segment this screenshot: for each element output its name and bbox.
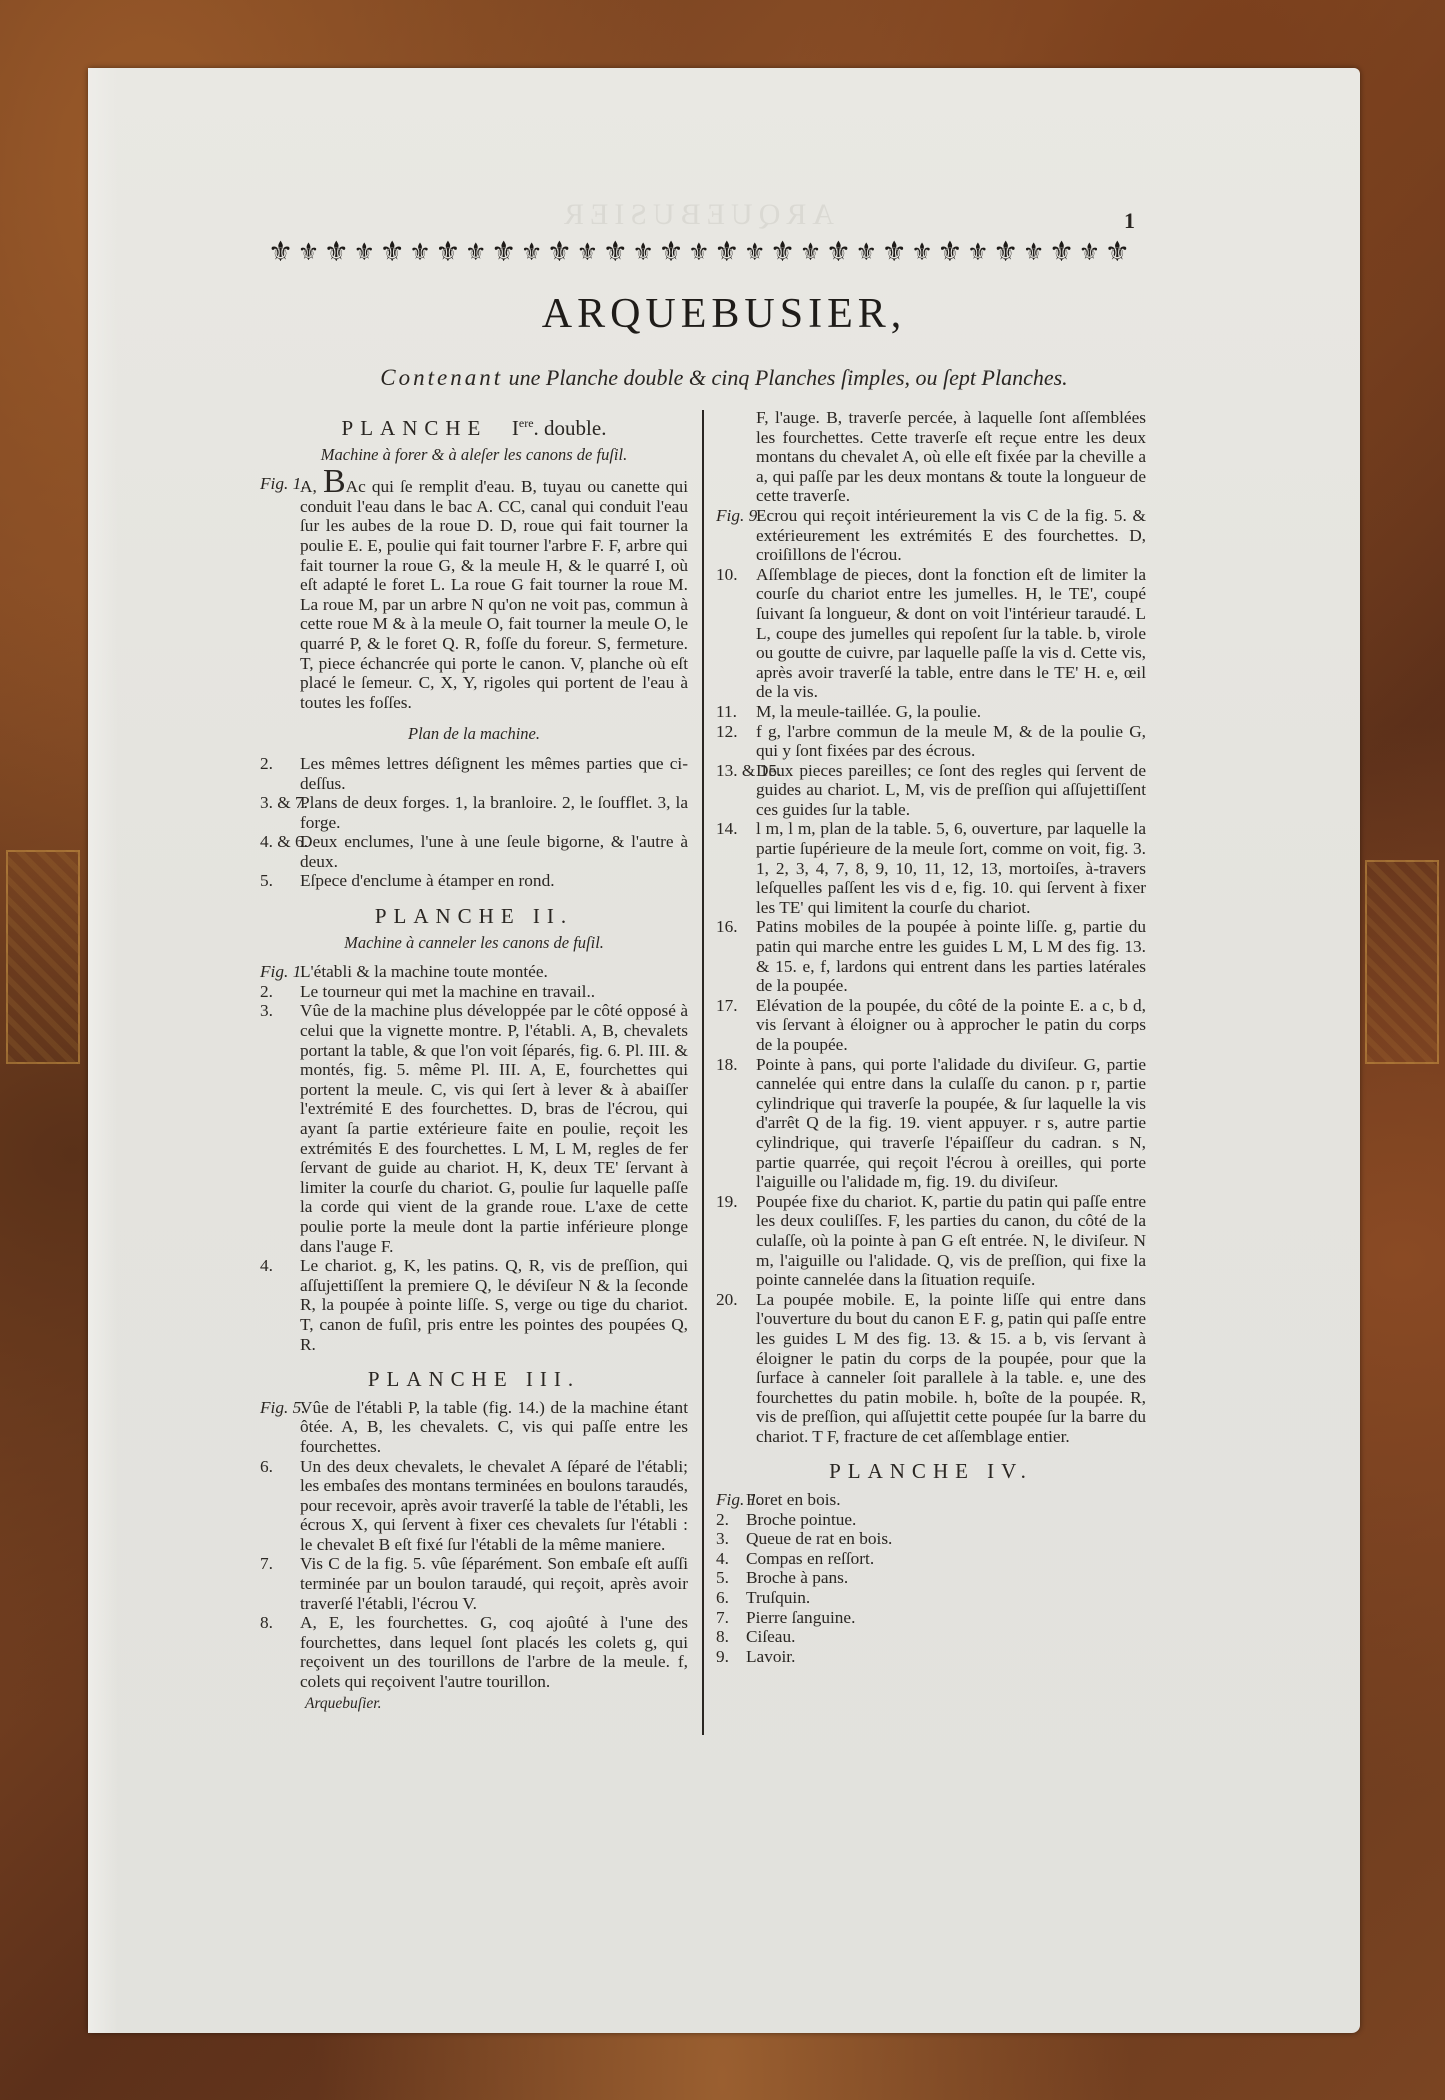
fig-text: Un des deux chevalets, le chevalet A ſép… (300, 1457, 688, 1554)
fleuron-icon: ⚜ (770, 235, 795, 269)
plan-caption: Plan de la machine. (260, 724, 688, 744)
fig-number: 4. (716, 1549, 729, 1569)
fleuron-icon: ⚜ (937, 235, 962, 269)
fig-entry: 4. & 6.Deux enclumes, l'une à une ſeule … (260, 832, 688, 871)
fig-number: Fig. 9. (716, 506, 762, 526)
fig-text: Lavoir. (746, 1647, 795, 1666)
fig-number: 11. (716, 702, 737, 722)
planche-2-heading: PLANCHE II. (260, 907, 688, 927)
fig-entry: 4.Le chariot. g, K, les patins. Q, R, vi… (260, 1256, 688, 1354)
fleuron-icon: ⚜ (658, 235, 683, 269)
fig-number: 8. (260, 1613, 273, 1633)
fig-number: 2. (260, 754, 273, 774)
fig-entry: 2.Les mêmes lettres déſignent les mêmes … (260, 754, 688, 793)
fig-number: Fig. 5. (260, 1398, 306, 1418)
fig-text: Patins mobiles de la poupée à pointe liſ… (756, 917, 1146, 995)
fig-entry: Fig. 1.Foret en bois. (716, 1490, 1146, 1510)
fig-entry: 7.Pierre ſanguine. (716, 1608, 1146, 1628)
planche-suffix: . double. (534, 416, 607, 440)
fig-entry: 11.M, la meule-taillée. G, la poulie. (716, 702, 1146, 722)
leather-tooling-right (1365, 860, 1439, 1064)
fig-text: Poupée fixe du chariot. K, partie du pat… (756, 1192, 1146, 1289)
column-divider (702, 410, 704, 1735)
fig-entry: 5.Eſpece d'enclume à étamper en rond. (260, 871, 688, 891)
fleuron-icon: ⚜ (380, 235, 405, 269)
planche-4-heading: PLANCHE IV. (716, 1462, 1146, 1482)
fleuron-icon: ⚜ (603, 235, 628, 269)
fig-entry: 3. & 7.Plans de deux forges. 1, la branl… (260, 793, 688, 832)
subtitle-lead: Contenant (380, 365, 503, 390)
fig-text: Broche à pans. (746, 1568, 848, 1587)
fleuron-icon: ⚜ (491, 235, 516, 269)
fig-entry: 13. & 15.Deux pieces pareilles; ce ſont … (716, 761, 1146, 820)
fig-text: Deux pieces pareilles; ce ſont des regle… (756, 761, 1146, 819)
page-number: 1 (1124, 208, 1135, 234)
fig-text: Vûe de l'établi P, la table (fig. 14.) d… (300, 1398, 688, 1456)
fig-text: Les mêmes lettres déſignent les mêmes pa… (300, 754, 688, 793)
fig-number: 19. (716, 1192, 738, 1212)
fig-text: Pierre ſanguine. (746, 1608, 855, 1627)
fig-number: 14. (716, 819, 738, 839)
fig-text: Queue de rat en bois. (746, 1529, 892, 1548)
fig-text: Ac qui ſe remplit d'eau. B, tuyau ou can… (300, 477, 688, 712)
fig-number: 5. (260, 871, 273, 891)
fig-entry: 9.Lavoir. (716, 1647, 1146, 1667)
fleuron-icon: ⚜ (714, 235, 739, 269)
drop-cap: B (323, 463, 346, 500)
fig-text: A, E, les fourchettes. G, coq ajoûté à l… (300, 1613, 688, 1691)
fleuron-icon: ⚜ (911, 238, 933, 267)
fig-number: 5. (716, 1568, 729, 1588)
fleuron-icon: ⚜ (547, 235, 572, 269)
fig-entry: 17.Elévation de la poupée, du côté de la… (716, 996, 1146, 1055)
fig-number: 18. (716, 1055, 738, 1075)
fig-text: Plans de deux forges. 1, la branloire. 2… (300, 793, 688, 832)
fleuron-icon: ⚜ (577, 238, 599, 267)
fig-number: 3. & 7. (260, 793, 308, 813)
fleuron-icon: ⚜ (465, 238, 487, 267)
planche-2-caption: Machine à canneler les canons de fuſil. (260, 933, 688, 953)
fig-text: Aſſemblage de pieces, dont la fonction e… (756, 565, 1146, 702)
fleuron-icon: ⚜ (688, 238, 710, 267)
fig-text: Pointe à pans, qui porte l'alidade du di… (756, 1055, 1146, 1192)
fleuron-icon: ⚜ (435, 235, 460, 269)
fig-number: 16. (716, 917, 738, 937)
fleuron-icon: ⚜ (1105, 235, 1130, 269)
fig-entry: 10.Aſſemblage de pieces, dont la fonctio… (716, 565, 1146, 702)
fig-entry: 20.La poupée mobile. E, la pointe liſſe … (716, 1290, 1146, 1447)
fleuron-icon: ⚜ (324, 235, 349, 269)
fig-number: 7. (260, 1554, 273, 1574)
fig-number: 9. (716, 1647, 729, 1667)
subtitle-text: une Planche double & cinq Planches ſimpl… (503, 365, 1068, 390)
fig-text: Vis C de la fig. 5. vûe ſéparément. Son … (300, 1554, 688, 1612)
fig-number: Fig. 1. (260, 962, 306, 982)
fig-entry: 6.Truſquin. (716, 1588, 1146, 1608)
fig-number: 10. (716, 565, 738, 585)
page-subtitle: Contenant une Planche double & cinq Plan… (88, 365, 1360, 391)
fleuron-icon: ⚜ (993, 235, 1018, 269)
fig-number: 13. & 15. (716, 761, 781, 781)
fig-number: 6. (716, 1588, 729, 1608)
fig-entry: 8.Ciſeau. (716, 1627, 1146, 1647)
fig-text: Compas en reſſort. (746, 1549, 874, 1568)
fleuron-icon: ⚜ (882, 235, 907, 269)
fig-entry: Fig. 1. A, BAc qui ſe remplit d'eau. B, … (260, 474, 688, 712)
fig-text: Le tourneur qui met la machine en travai… (300, 982, 595, 1001)
leather-tooling-left (6, 850, 80, 1064)
fleuron-ornament-rule: ⚜⚜⚜⚜⚜⚜⚜⚜⚜⚜⚜⚜⚜⚜⚜⚜⚜⚜⚜⚜⚜⚜⚜⚜⚜⚜⚜⚜⚜⚜⚜ (268, 233, 1130, 271)
fig-text: l m, l m, plan de la table. 5, 6, ouvert… (756, 819, 1146, 916)
fig-text: Truſquin. (746, 1588, 810, 1607)
planche-numeral-sup: ere (519, 416, 534, 430)
fig-text: Elévation de la poupée, du côté de la po… (756, 996, 1146, 1054)
fig-entry: 16.Patins mobiles de la poupée à pointe … (716, 917, 1146, 995)
fig-entry: Fig. 1.L'établi & la machine toute monté… (260, 962, 688, 982)
fig-entry: 18.Pointe à pans, qui porte l'alidade du… (716, 1055, 1146, 1192)
fleuron-icon: ⚜ (1079, 238, 1101, 267)
fig-entry: 3.Queue de rat en bois. (716, 1529, 1146, 1549)
fig-number: 7. (716, 1608, 729, 1628)
continuation-text: F, l'auge. B, traverſe percée, à laquell… (716, 408, 1146, 506)
fig-text: M, la meule-taillée. G, la poulie. (756, 702, 981, 721)
fig-text: Le chariot. g, K, les patins. Q, R, vis … (300, 1256, 688, 1353)
document-page: ARQUEBUSIER 1 ⚜⚜⚜⚜⚜⚜⚜⚜⚜⚜⚜⚜⚜⚜⚜⚜⚜⚜⚜⚜⚜⚜⚜⚜⚜⚜… (88, 68, 1360, 2033)
fig-number: 6. (260, 1457, 273, 1477)
fig-entry: 19.Poupée fixe du chariot. K, partie du … (716, 1192, 1146, 1290)
fig-text: Ecrou qui reçoit intérieurement la vis C… (756, 506, 1146, 564)
fleuron-icon: ⚜ (856, 238, 878, 267)
fig-entry: Fig. 5.Vûe de l'établi P, la table (fig.… (260, 1398, 688, 1457)
page-title: ARQUEBUSIER, (88, 290, 1360, 338)
left-column: PLANCHE Iere. double. Machine à forer & … (260, 408, 688, 1713)
fig-text: La poupée mobile. E, la pointe liſſe qui… (756, 1290, 1146, 1446)
fleuron-icon: ⚜ (1023, 238, 1045, 267)
fig-number: Fig. 1. (716, 1490, 762, 1510)
fig-number: 3. (716, 1529, 729, 1549)
planche-word: PLANCHE (342, 416, 488, 440)
planche-1-caption: Machine à forer & à aleſer les canons de… (260, 445, 688, 465)
bleed-through-title: ARQUEBUSIER (558, 198, 834, 232)
fig-text: L'établi & la machine toute montée. (300, 962, 548, 981)
fig-number: 12. (716, 722, 738, 742)
fig-number: 2. (260, 982, 273, 1002)
fig-number: 2. (716, 1510, 729, 1530)
fleuron-icon: ⚜ (967, 238, 989, 267)
fleuron-icon: ⚜ (409, 238, 431, 267)
fleuron-icon: ⚜ (744, 238, 766, 267)
planche-1-heading: PLANCHE Iere. double. (260, 414, 688, 439)
fig-number: 4. (260, 1256, 273, 1276)
fig-text: Vûe de la machine plus développée par le… (300, 1001, 688, 1255)
fig-number: Fig. 1. (260, 474, 306, 494)
fig-entry: 8.A, E, les fourchettes. G, coq ajoûté à… (260, 1613, 688, 1691)
fig-entry: Fig. 9.Ecrou qui reçoit intérieurement l… (716, 506, 1146, 565)
fig-number: 3. (260, 1001, 273, 1021)
fig-entry: 2.Broche pointue. (716, 1510, 1146, 1530)
fleuron-icon: ⚜ (826, 235, 851, 269)
fig-entry: 3.Vûe de la machine plus développée par … (260, 1001, 688, 1256)
fig-number: 8. (716, 1627, 729, 1647)
fig-text: Broche pointue. (746, 1510, 856, 1529)
fleuron-icon: ⚜ (632, 238, 654, 267)
fleuron-icon: ⚜ (298, 238, 320, 267)
planche-3-heading: PLANCHE III. (260, 1370, 688, 1390)
fig-text: Deux enclumes, l'une à une ſeule bigorne… (300, 832, 688, 871)
fig-text: Ciſeau. (746, 1627, 795, 1646)
fig-text: Eſpece d'enclume à étamper en rond. (300, 871, 555, 890)
fleuron-icon: ⚜ (521, 238, 543, 267)
catchword-signature: Arquebuſier. (260, 1694, 688, 1714)
fig-entry: 2.Le tourneur qui met la machine en trav… (260, 982, 688, 1002)
fig-number: 20. (716, 1290, 738, 1310)
fleuron-icon: ⚜ (353, 238, 375, 267)
fig-number: 17. (716, 996, 738, 1016)
fig-entry: 12.f g, l'arbre commun de la meule M, & … (716, 722, 1146, 761)
planche-numeral: I (512, 416, 519, 440)
fig-text: f g, l'arbre commun de la meule M, & de … (756, 722, 1146, 761)
fig-entry: 4.Compas en reſſort. (716, 1549, 1146, 1569)
fig-entry: 14.l m, l m, plan de la table. 5, 6, ouv… (716, 819, 1146, 917)
fleuron-icon: ⚜ (268, 235, 293, 269)
fleuron-icon: ⚜ (800, 238, 822, 267)
right-column: F, l'auge. B, traverſe percée, à laquell… (716, 408, 1146, 1666)
fig-entry: 6.Un des deux chevalets, le chevalet A ſ… (260, 1457, 688, 1555)
fig-entry: 7.Vis C de la fig. 5. vûe ſéparément. So… (260, 1554, 688, 1613)
fig-entry: 5.Broche à pans. (716, 1568, 1146, 1588)
fleuron-icon: ⚜ (1049, 235, 1074, 269)
fig-number: 4. & 6. (260, 832, 308, 852)
